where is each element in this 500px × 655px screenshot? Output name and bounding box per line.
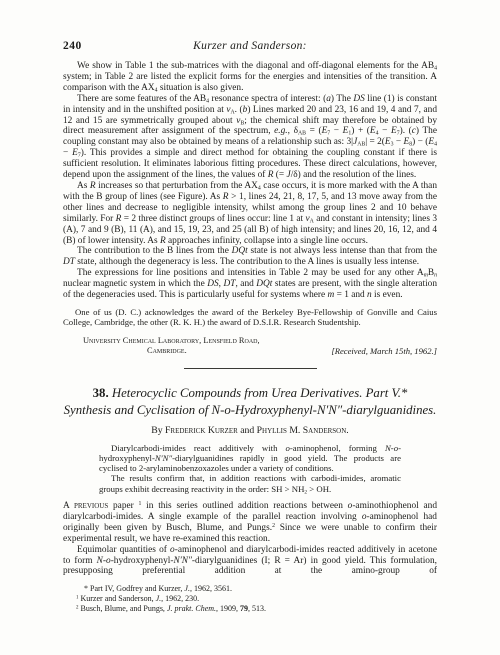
abstract-paragraph: Diarylcarbodi-imides react additively wi… xyxy=(99,443,401,474)
running-head: Kurzer and Sanderson: xyxy=(63,40,437,52)
author-address: University Chemical Laboratory, Lensfiel… xyxy=(63,336,260,356)
article2-body: A previous paper 1 in this series outlin… xyxy=(63,501,437,577)
article-title: 38. Heterocyclic Compounds from Urea Der… xyxy=(63,385,437,420)
received-date: [Received, March 15th, 1962.] xyxy=(331,346,437,356)
page-header: 240 Kurzer and Sanderson: xyxy=(63,40,437,54)
title-line-2: Synthesis and Cyclisation of N-o-Hydroxy… xyxy=(63,402,437,420)
abstract: Diarylcarbodi-imides react additively wi… xyxy=(99,443,401,494)
article1-body: We show in Table 1 the sub-matrices with… xyxy=(63,61,437,328)
footnote: * Part IV, Godfrey and Kurzer, J., 1962,… xyxy=(63,584,437,594)
paragraph: Equimolar quantities of o-aminophenol an… xyxy=(63,545,437,578)
paragraph: We show in Table 1 the sub-matrices with… xyxy=(63,61,437,94)
address-block: University Chemical Laboratory, Lensfiel… xyxy=(63,336,437,356)
footnote: 2 Busch, Blume, and Pungs, J. prakt. Che… xyxy=(63,604,437,614)
footnotes: * Part IV, Godfrey and Kurzer, J., 1962,… xyxy=(63,584,437,613)
address-line: University Chemical Laboratory, Lensfiel… xyxy=(83,336,260,346)
title-line-1: 38. Heterocyclic Compounds from Urea Der… xyxy=(63,385,437,403)
paragraph: There are some features of the AB4 reson… xyxy=(63,94,437,181)
acknowledgment: One of us (D. C.) acknowledges the award… xyxy=(63,307,437,328)
journal-page: 240 Kurzer and Sanderson: We show in Tab… xyxy=(0,0,500,655)
section-divider xyxy=(184,368,317,369)
paragraph: The expressions for line positions and i… xyxy=(63,268,437,301)
paragraph: A previous paper 1 in this series outlin… xyxy=(63,501,437,545)
abstract-paragraph: The results confirm that, in addition re… xyxy=(99,473,401,494)
footnote: 1 Kurzer and Sanderson, J., 1962, 230. xyxy=(63,594,437,604)
paragraph: The contribution to the B lines from the… xyxy=(63,246,437,268)
byline: By Frederick Kurzer and Phyllis M. Sande… xyxy=(63,425,437,436)
paragraph: As R increases so that perturbation from… xyxy=(63,181,437,246)
address-line: Cambridge. xyxy=(83,346,260,356)
